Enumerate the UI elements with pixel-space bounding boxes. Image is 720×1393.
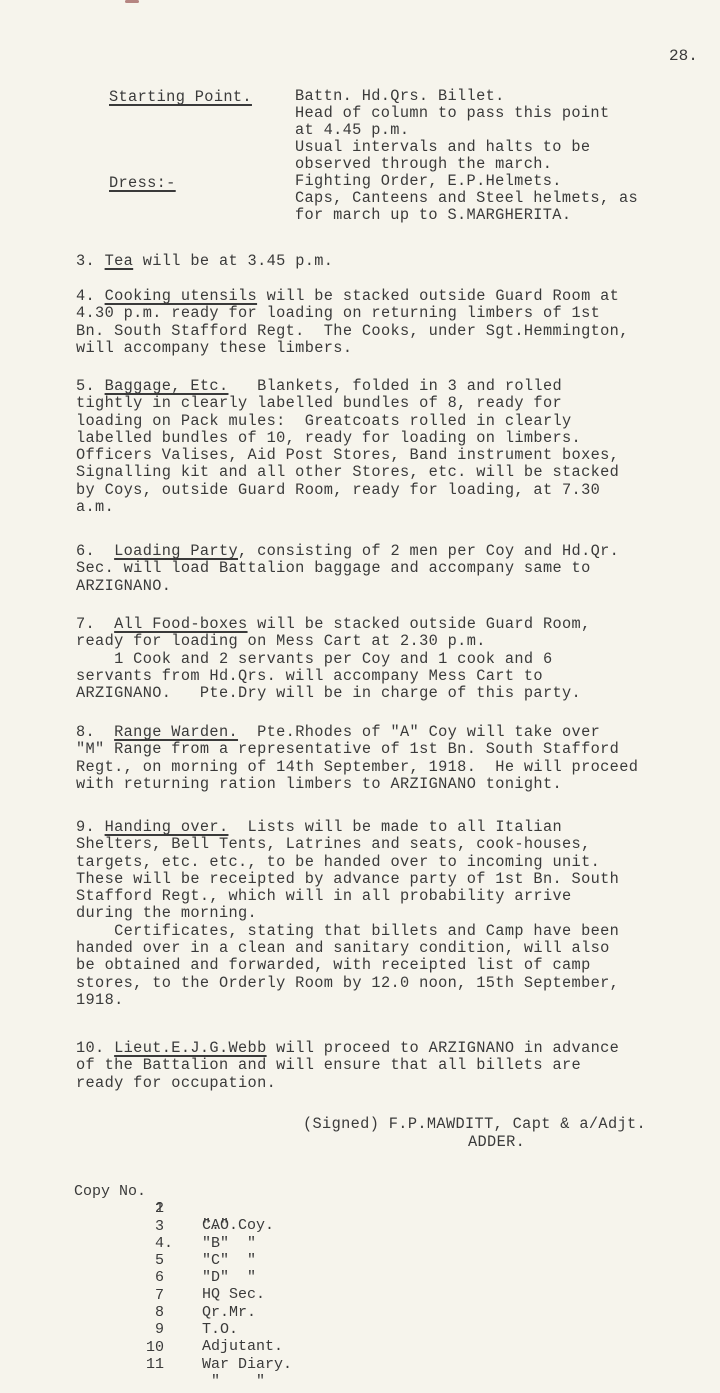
paragraph-number: 8. (76, 723, 95, 741)
paragraph-line: , consisting of 2 men per Coy and Hd.Qr. (238, 542, 619, 560)
signature-line: (Signed) F.P.MAWDITT, Capt & a/Adjt. (303, 1115, 646, 1133)
paragraph-heading: Baggage, Etc. (105, 377, 229, 395)
paragraph-line: will be stacked outside Guard Room at (257, 287, 619, 305)
paragraph-heading: All Food-boxes (114, 615, 247, 633)
copy-row: 2 "A" Coy. (74, 1183, 128, 1200)
paragraph-line: with returning ration limbers to ARZIGNA… (76, 776, 720, 793)
copy-recipient: War Diary. (202, 1356, 292, 1373)
paragraph-line: Certificates, stating that billets and C… (76, 923, 720, 940)
copy-number: 4. (155, 1235, 181, 1252)
paragraph-4: 4. Cooking utensils will be stacked outs… (76, 288, 720, 357)
paragraph-line: Lists will be made to all Italian (228, 818, 562, 836)
paragraph-line: will proceed to ARZIGNANO in advance (267, 1039, 620, 1057)
paragraph-line: Blankets, folded in 3 and rolled (228, 377, 562, 395)
paragraph-line: a.m. (76, 499, 720, 516)
copy-row: 9 Adjutant. (74, 1304, 128, 1321)
copy-recipient: Qr.Mr. (202, 1304, 256, 1321)
starting-point-details: Battn. Hd.Qrs. Billet. Head of column to… (295, 88, 638, 224)
paragraph-line: handed over in a clean and sanitary cond… (76, 940, 720, 957)
paragraph-line: Pte.Rhodes of "A" Coy will take over (238, 723, 600, 741)
paragraph-line: of the Battalion and will ensure that al… (76, 1057, 720, 1074)
paragraph-number: 4. (76, 287, 95, 305)
copy-number: 7 (155, 1287, 181, 1304)
copy-recipient: "C" " (202, 1252, 256, 1269)
copy-number: 10 (146, 1339, 176, 1356)
paragraph-line: stores, to the Orderly Room by 12.0 noon… (76, 975, 720, 992)
paragraph-line: be obtained and forwarded, with receipte… (76, 957, 720, 974)
detail-line: Usual intervals and halts to be (295, 139, 638, 156)
copy-row: 3 "B" " (74, 1201, 128, 1218)
copy-recipient: T.O. (202, 1321, 238, 1338)
copy-number: 6 (155, 1269, 181, 1286)
copy-recipient: "D" " (202, 1269, 256, 1286)
typewritten-order-page: 28. Starting Point. Battn. Hd.Qrs. Bille… (0, 0, 720, 1393)
copy-recipient: "B" " (202, 1235, 256, 1252)
paragraph-8: 8. Range Warden. Pte.Rhodes of "A" Coy w… (76, 724, 720, 793)
copy-recipient: " " (202, 1373, 265, 1390)
paragraph-line: ARZIGNANO. Pte.Dry will be in charge of … (76, 685, 720, 702)
copy-row: Copy No. 1 C.O. (74, 1166, 128, 1183)
starting-point-label: Starting Point. (109, 88, 252, 106)
detail-line: Head of column to pass this point (295, 105, 638, 122)
paragraph-line: Regt., on morning of 14th September, 191… (76, 759, 720, 776)
paragraph-heading: Loading Party (114, 542, 238, 560)
paragraph-9: 9. Handing over. Lists will be made to a… (76, 819, 720, 1009)
signature-unit: ADDER. (468, 1133, 525, 1151)
copy-number: 2 (155, 1200, 181, 1217)
paragraph-number: 10. (76, 1039, 105, 1057)
copy-number: 8 (155, 1304, 181, 1321)
paragraph-line: targets, etc. etc., to be handed over to… (76, 854, 720, 871)
paragraph-line: will be stacked outside Guard Room, (248, 615, 591, 633)
copy-recipient: "A" Coy. (202, 1217, 274, 1234)
paragraph-line: by Coys, outside Guard Room, ready for l… (76, 482, 720, 499)
copy-number: 5 (155, 1252, 181, 1269)
paragraph-heading: Tea (105, 252, 134, 270)
copy-recipient: HQ Sec. (202, 1286, 265, 1303)
paragraph-line: Shelters, Bell Tents, Latrines and seats… (76, 836, 720, 853)
paragraph-line: Stafford Regt., which will in all probab… (76, 888, 720, 905)
ink-mark (125, 0, 139, 3)
paragraph-heading: Handing over. (105, 818, 229, 836)
paragraph-number: 6. (76, 542, 95, 560)
detail-line: for march up to S.MARGHERITA. (295, 207, 638, 224)
detail-line: at 4.45 p.m. (295, 122, 638, 139)
copy-row: 7 Qr.Mr. (74, 1270, 128, 1287)
copy-row: 5 "D" " (74, 1235, 128, 1252)
detail-line: Battn. Hd.Qrs. Billet. (295, 88, 638, 105)
copy-row: 8 T.O. (74, 1287, 128, 1304)
copy-row: 6 HQ Sec. (74, 1252, 128, 1269)
paragraph-10: 10. Lieut.E.J.G.Webb will proceed to ARZ… (76, 1040, 720, 1092)
paragraph-line: 4.30 p.m. ready for loading on returning… (76, 305, 720, 322)
paragraph-number: 3. (76, 252, 95, 270)
paragraph-line: Signalling kit and all other Stores, etc… (76, 464, 720, 481)
dress-label: Dress:- (109, 174, 176, 192)
paragraph-line: will be at 3.45 p.m. (133, 252, 333, 270)
paragraph-heading: Cooking utensils (105, 287, 257, 305)
distribution-list: Copy No. 1 C.O. 2 "A" Coy. 3 "B" " 4. "C… (74, 1166, 128, 1356)
copy-number: 3 (155, 1218, 181, 1235)
paragraph-line: during the morning. (76, 905, 720, 922)
paragraph-line: tightly in clearly labelled bundles of 8… (76, 395, 720, 412)
paragraph-line: 1 Cook and 2 servants per Coy and 1 cook… (76, 651, 720, 668)
paragraph-line: ARZIGNANO. (76, 578, 720, 595)
copy-row: 4. "C" " (74, 1218, 128, 1235)
detail-line: Caps, Canteens and Steel helmets, as (295, 190, 638, 207)
paragraph-number: 9. (76, 818, 95, 836)
paragraph-line: 1918. (76, 992, 720, 1009)
copy-row: 11 " " (74, 1339, 128, 1356)
copy-row: 10 War Diary. (74, 1322, 128, 1339)
paragraph-heading: Lieut.E.J.G.Webb (114, 1039, 266, 1057)
paragraph-number: 5. (76, 377, 95, 395)
paragraph-line: Sec. will load Battalion baggage and acc… (76, 560, 720, 577)
paragraph-line: servants from Hd.Qrs. will accompany Mes… (76, 668, 720, 685)
paragraph-line: loading on Pack mules: Greatcoats rolled… (76, 413, 720, 430)
paragraph-line: Officers Valises, Aid Post Stores, Band … (76, 447, 720, 464)
paragraph-number: 7. (76, 615, 95, 633)
copy-number: 9 (155, 1321, 181, 1338)
paragraph-line: These will be receipted by advance party… (76, 871, 720, 888)
paragraph-7: 7. All Food-boxes will be stacked outsid… (76, 616, 720, 702)
paragraph-heading: Range Warden. (114, 723, 238, 741)
paragraph-line: labelled bundles of 10, ready for loadin… (76, 430, 720, 447)
copy-recipient: Adjutant. (202, 1338, 283, 1355)
paragraph-3: 3. Tea will be at 3.45 p.m. (76, 253, 720, 270)
paragraph-5: 5. Baggage, Etc. Blankets, folded in 3 a… (76, 378, 720, 516)
detail-line: observed through the march. (295, 156, 638, 173)
copy-number: 11 (146, 1356, 176, 1373)
paragraph-line: will accompany these limbers. (76, 340, 720, 357)
paragraph-line: "M" Range from a representative of 1st B… (76, 741, 720, 758)
paragraph-line: Bn. South Stafford Regt. The Cooks, unde… (76, 323, 720, 340)
paragraph-6: 6. Loading Party, consisting of 2 men pe… (76, 543, 720, 595)
paragraph-line: ready for occupation. (76, 1075, 720, 1092)
paragraph-line: ready for loading on Mess Cart at 2.30 p… (76, 633, 720, 650)
page-number: 28. (669, 47, 698, 65)
detail-line: Fighting Order, E.P.Helmets. (295, 173, 638, 190)
